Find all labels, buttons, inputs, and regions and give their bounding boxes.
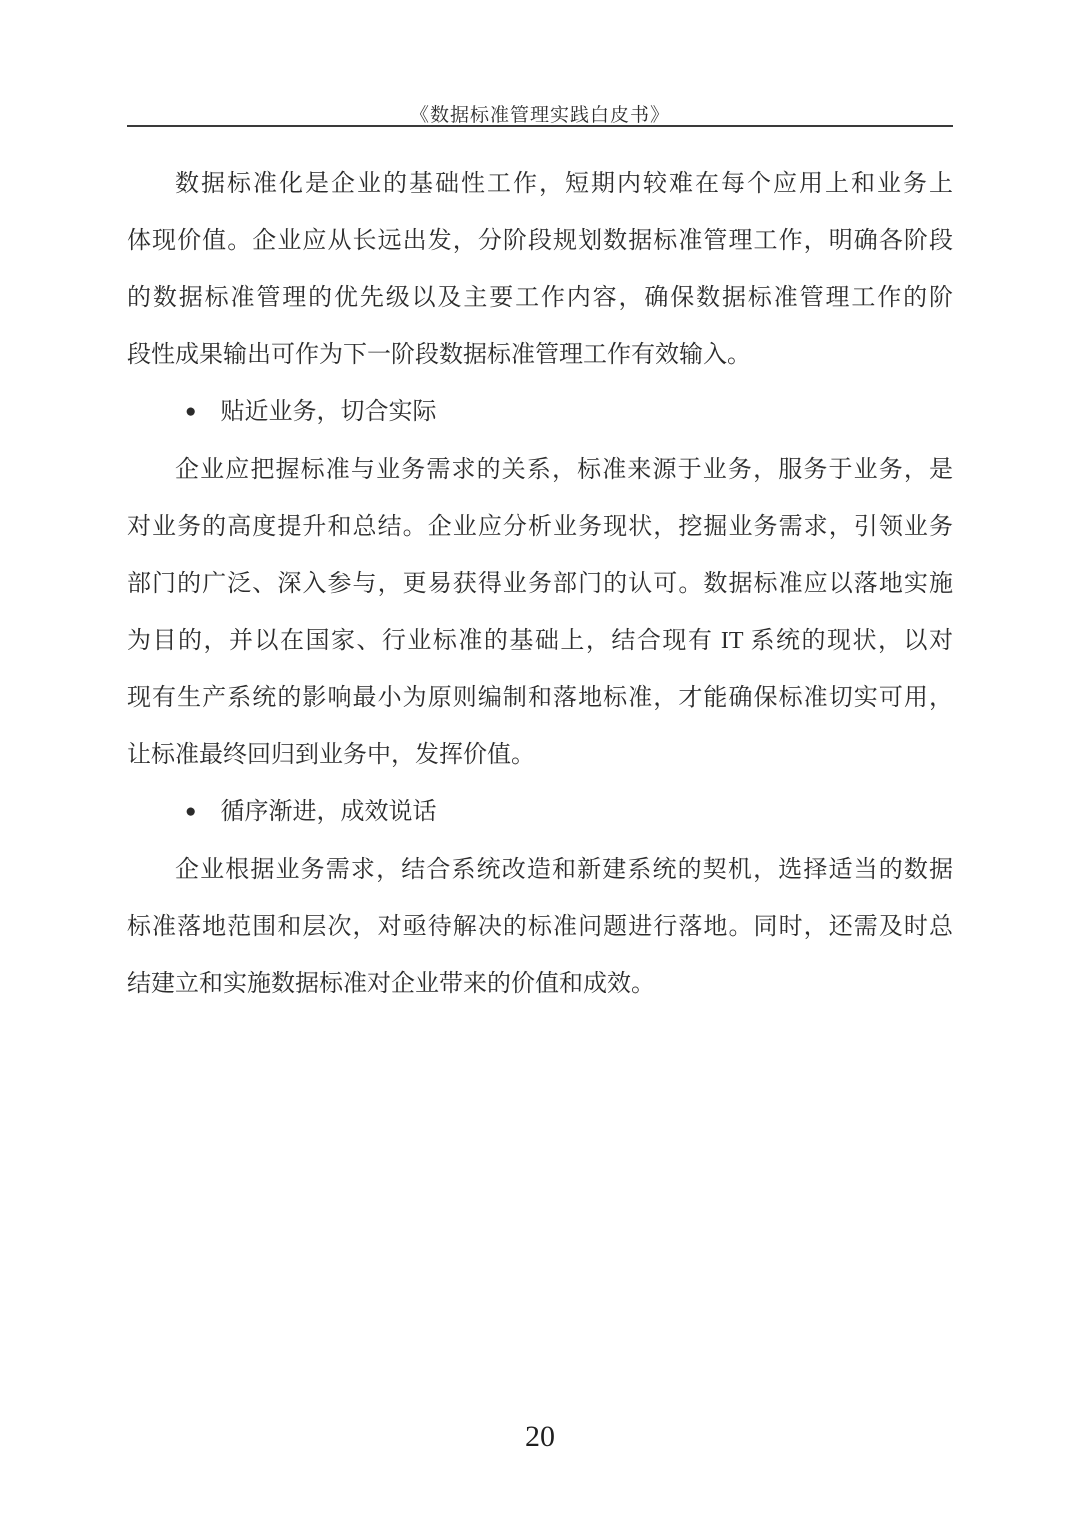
- bullet-icon: ●: [185, 783, 196, 840]
- page-body: 数据标准化是企业的基础性工作，短期内较难在每个应用上和业务上体现价值。企业应从长…: [127, 156, 953, 1013]
- bullet-item: ●贴近业务，切合实际: [127, 384, 953, 442]
- paragraph-line: 对业务的高度提升和总结。企业应分析业务现状，挖掘业务需求，引领业务: [127, 499, 953, 556]
- paragraph: 数据标准化是企业的基础性工作，短期内较难在每个应用上和业务上体现价值。企业应从长…: [127, 156, 953, 384]
- paragraph-line: 标准落地范围和层次，对亟待解决的标准问题进行落地。同时，还需及时总: [127, 899, 953, 956]
- footer-page-number: 20: [0, 1420, 1080, 1454]
- paragraph-line: 企业根据业务需求，结合系统改造和新建系统的契机，选择适当的数据: [127, 842, 953, 899]
- paragraph-line: 段性成果输出可作为下一阶段数据标准管理工作有效输入。: [127, 327, 953, 384]
- paragraph-line: 部门的广泛、深入参与，更易获得业务部门的认可。数据标准应以落地实施: [127, 556, 953, 613]
- paragraph-line: 现有生产系统的影响最小为原则编制和落地标准，才能确保标准切实可用，: [127, 670, 953, 727]
- document-page: 《数据标准管理实践白皮书》 数据标准化是企业的基础性工作，短期内较难在每个应用上…: [0, 0, 1080, 1526]
- paragraph-line: 企业应把握标准与业务需求的关系，标准来源于业务，服务于业务，是: [127, 442, 953, 499]
- paragraph-line: 为目的，并以在国家、行业标准的基础上，结合现有 IT 系统的现状，以对: [127, 613, 953, 670]
- paragraph-line: 结建立和实施数据标准对企业带来的价值和成效。: [127, 956, 953, 1013]
- paragraph: 企业根据业务需求，结合系统改造和新建系统的契机，选择适当的数据标准落地范围和层次…: [127, 842, 953, 1013]
- paragraph-line: 的数据标准管理的优先级以及主要工作内容，确保数据标准管理工作的阶: [127, 270, 953, 327]
- paragraph-line: 数据标准化是企业的基础性工作，短期内较难在每个应用上和业务上: [127, 156, 953, 213]
- paragraph-line: 体现价值。企业应从长远出发，分阶段规划数据标准管理工作，明确各阶段: [127, 213, 953, 270]
- bullet-icon: ●: [185, 383, 196, 440]
- paragraph: 企业应把握标准与业务需求的关系，标准来源于业务，服务于业务，是对业务的高度提升和…: [127, 442, 953, 784]
- bullet-label: 贴近业务，切合实际: [220, 399, 436, 425]
- paragraph-line: 让标准最终回归到业务中，发挥价值。: [127, 727, 953, 784]
- header-title: 《数据标准管理实践白皮书》: [0, 100, 1080, 127]
- bullet-label: 循序渐进，成效说话: [220, 799, 436, 825]
- header-rule-divider: [127, 125, 953, 127]
- bullet-item: ●循序渐进，成效说话: [127, 784, 953, 842]
